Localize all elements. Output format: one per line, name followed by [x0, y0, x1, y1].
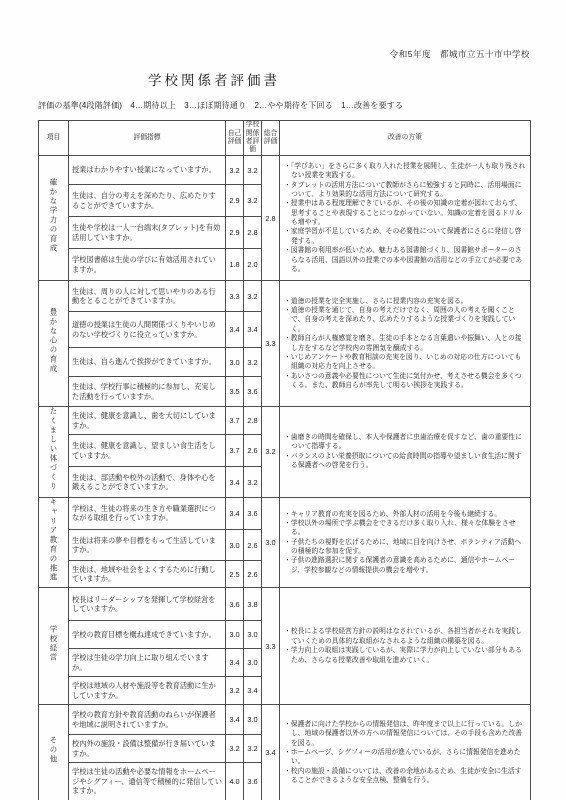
self-score: 3.2	[226, 735, 244, 763]
indicator-cell: 生徒や学校は一人一台端末(タブレット)を有効活用していますか。	[69, 217, 226, 249]
table-row: キャリア教育の推進 学校は、生徒の将来の生き方や職業選択につながる取組を行ってい…	[39, 497, 531, 529]
self-score: 3.0	[226, 621, 244, 649]
self-score: 3.7	[226, 407, 244, 435]
measure-item: ・バランスのよい栄養摂取についての給食時間の指導や望ましい食生活に関する保護者へ…	[284, 452, 527, 471]
related-score: 2.6	[244, 529, 262, 560]
measures-cell: ・道徳の授業を完全実施し、さらに授業内容の充実を図る。 ・道徳の授業を通じて、自…	[280, 281, 531, 407]
col-header-indicator: 評価指標	[69, 121, 226, 156]
indicator-cell: 学校は生徒の学力向上に取り組んでいますか。	[69, 649, 226, 677]
indicator-cell: 学校は地域の人材や施設等を教育活動に生かしていますか。	[69, 677, 226, 705]
self-score: 4.0	[226, 763, 244, 800]
table-row: 学校経営 校長はリーダーシップを発揮して学校経営をしていますか。 3.6 3.8…	[39, 588, 531, 621]
table-row: 確かな学力の育成 授業はわかりやすい授業になっていますか。 3.2 3.2 2.…	[39, 156, 531, 185]
self-score: 2.9	[226, 185, 244, 217]
related-score: 3.2	[244, 348, 262, 377]
self-score: 2.9	[226, 217, 244, 249]
related-score: 3.2	[244, 281, 262, 312]
measures-cell: ・保護者に向けた学校からの情報発信は、昨年度まで以上に行っている。しかし、地域の…	[280, 705, 531, 800]
table-row: たくましい体づくり 生徒は、健康を意識し、歯を大切にしていますか。 3.7 2.…	[39, 407, 531, 435]
section-body: たくましい体づくり 生徒は、健康を意識し、歯を大切にしていますか。 3.7 2.…	[39, 407, 531, 498]
indicator-cell: 生徒は、学校行事に積極的に参加し、充実した活動を行っていますか。	[69, 377, 226, 407]
self-score: 3.3	[226, 281, 244, 312]
indicator-cell: 生徒は、周りの人に対して思いやりのある行動をとることができていますか。	[69, 281, 226, 312]
indicator-cell: 学校は生徒の活動や必要な情報をホームページやシグフィー、通信等で積極的に発信して…	[69, 763, 226, 800]
related-score: 3.6	[244, 497, 262, 529]
measure-item: ・あいさつの意義や必要性について生徒に気付かせ、考えさせる機会を多くつくる。また…	[284, 372, 527, 391]
rating-criteria: 評価の基準(4段階評価) 4…期待以上 3…ほぼ期待通り 2…やや期待を下回る …	[38, 100, 530, 111]
related-score: 2.8	[244, 217, 262, 249]
indicator-cell: 学校の教育方針や教育活動のねらいが保護者や地域に説明されていますか。	[69, 705, 226, 735]
related-score: 3.2	[244, 185, 262, 217]
measure-item: ・校内の施設・設備については、改善の余地があるため、生徒が安全に生活することがで…	[284, 767, 527, 786]
self-score: 3.4	[226, 467, 244, 497]
self-score: 3.0	[226, 348, 244, 377]
related-score: 2.6	[244, 561, 262, 588]
col-header-related: 学校関係者評価	[244, 121, 262, 156]
measure-item: ・校長による学校経営方針の説明はなされているが、各担当者がそれを実践していくため…	[284, 627, 527, 646]
self-score: 3.6	[226, 588, 244, 621]
evaluation-table: 項目 評価指標 自己評価 学校関係者評価 総合評価 改善の方策 確かな学力の育成…	[38, 120, 531, 800]
indicator-cell: 生徒は将来の夢や目標をもって生活していますか。	[69, 529, 226, 560]
measure-item: ・図書館の利用率が低いため、魅力ある図書館づくり、図書館サポーターのさらなる活用…	[284, 246, 527, 274]
section-career: キャリア教育の推進 学校は、生徒の将来の生き方や職業選択につながる取組を行ってい…	[39, 497, 531, 588]
section-item-label: 学校経営	[39, 588, 69, 705]
related-score: 2.6	[244, 435, 262, 467]
col-header-measures: 改善の方策	[280, 121, 531, 156]
indicator-cell: 授業はわかりやすい授業になっていますか。	[69, 156, 226, 185]
indicator-cell: 校長はリーダーシップを発揮して学校経営をしていますか。	[69, 588, 226, 621]
indicator-cell: 生徒は、地域や社会をよくするために行動していますか。	[69, 561, 226, 588]
measures-cell: ・校長による学校経営方針の説明はなされているが、各担当者がそれを実践していくため…	[280, 588, 531, 705]
overall-score: 3.3	[262, 281, 280, 407]
overall-score: 3.4	[262, 705, 280, 800]
measure-item: ・教師自らが人権感覚を磨き、生徒の手本となる言葉遣いや振舞い、人との接し方をする…	[284, 334, 527, 353]
document-page: 令和5年度 都城市立五十市中学校 学校関係者評価書 評価の基準(4段階評価) 4…	[0, 0, 566, 800]
school-year-line: 令和5年度 都城市立五十市中学校	[38, 48, 530, 60]
measures-cell: ・「学びあい」をさらに多く取り入れた授業を展開し、生徒が一人も取り残されない授業…	[280, 156, 531, 281]
related-score: 3.0	[244, 621, 262, 649]
measure-item: ・学力向上の取組は実践しているが、実際に学力が向上していない部分もあるため、さら…	[284, 646, 527, 665]
measure-item: ・歯磨きの時間を確保し、本人や保護者に虫歯治療を促すなど、歯の重要性について指導…	[284, 433, 527, 452]
related-score: 3.0	[244, 705, 262, 735]
indicator-cell: 生徒は、自ら進んで挨拶ができていますか。	[69, 348, 226, 377]
measures-cell: ・キャリア教育の充実を図るため、外部人材の活用を今後も継続する。 ・学校以外の場…	[280, 497, 531, 588]
section-academic: 確かな学力の育成 授業はわかりやすい授業になっていますか。 3.2 3.2 2.…	[39, 156, 531, 281]
measure-item: ・家庭学習が不足しているため、その必要性について保護者にさらに発信し啓発する。	[284, 227, 527, 246]
section-item-label: キャリア教育の推進	[39, 497, 69, 588]
col-header-self: 自己評価	[226, 121, 244, 156]
table-header-row: 項目 評価指標 自己評価 学校関係者評価 総合評価 改善の方策	[39, 121, 531, 156]
indicator-cell: 校内外の施設・設備は整備が行き届いていますか。	[69, 735, 226, 763]
measure-item: ・タブレットの活用方法について教師がさらに勉強すると同時に、活用場面について、よ…	[284, 181, 527, 200]
measure-item: ・学校以外の場所で学ぶ機会をできるだけ多く取り入れ、様々な体験をさせる。	[284, 519, 527, 538]
col-header-item: 項目	[39, 121, 69, 156]
col-header-overall: 総合評価	[262, 121, 280, 156]
related-score: 3.0	[244, 649, 262, 677]
measure-item: ・キャリア教育の充実を図るため、外部人材の活用を今後も継続する。	[284, 510, 527, 519]
measure-item: ・いじめアンケートや教育相談の充実を図り、いじめの対応の仕方についても組織の対応…	[284, 353, 527, 372]
overall-score: 3.2	[262, 407, 280, 498]
table-row: その他 学校の教育方針や教育活動のねらいが保護者や地域に説明されていますか。 3…	[39, 705, 531, 735]
self-score: 2.5	[226, 561, 244, 588]
self-score: 3.5	[226, 377, 244, 407]
indicator-cell: 道徳の授業は生徒の人間関係づくりやいじめのない学校づくりに役立っていますか。	[69, 312, 226, 348]
self-score: 3.4	[226, 705, 244, 735]
measure-item: ・授業中はある程度理解できているが、その後の知識の定着が図れておらず、思考するこ…	[284, 199, 527, 227]
self-score: 3.4	[226, 649, 244, 677]
related-score: 3.6	[244, 377, 262, 407]
self-score: 3.4	[226, 497, 244, 529]
section-item-label: 確かな学力の育成	[39, 156, 69, 281]
overall-score: 3.0	[262, 497, 280, 588]
self-score: 1.8	[226, 249, 244, 281]
document-title: 学校関係者評価書	[148, 69, 530, 89]
indicator-cell: 生徒は、部活動や校外の活動で、身体や心を鍛えることができていますか。	[69, 467, 226, 497]
related-score: 3.4	[244, 677, 262, 705]
related-score: 3.8	[244, 588, 262, 621]
table-row: 豊かな心の育成 生徒は、周りの人に対して思いやりのある行動をとることができていま…	[39, 281, 531, 312]
related-score: 3.2	[244, 735, 262, 763]
measures-cell: ・歯磨きの時間を確保し、本人や保護者に虫歯治療を促すなど、歯の重要性について指導…	[280, 407, 531, 498]
measure-item: ・保護者に向けた学校からの情報発信は、昨年度まで以上に行っている。しかし、地域の…	[284, 720, 527, 748]
related-score: 3.2	[244, 467, 262, 497]
section-item-label: その他	[39, 705, 69, 800]
measure-item: ・道徳の授業を通じて、自身の考えだけでなく、周囲の人の考えを聞くことで、自身の考…	[284, 306, 527, 334]
section-other: その他 学校の教育方針や教育活動のねらいが保護者や地域に説明されていますか。 3…	[39, 705, 531, 800]
measure-item: ・道徳の授業を完全実施し、さらに授業内容の充実を図る。	[284, 297, 527, 306]
section-item-label: たくましい体づくり	[39, 407, 69, 498]
self-score: 3.2	[226, 156, 244, 185]
section-heart: 豊かな心の育成 生徒は、周りの人に対して思いやりのある行動をとることができていま…	[39, 281, 531, 407]
overall-score: 2.8	[262, 156, 280, 281]
overall-score: 3.3	[262, 588, 280, 705]
self-score: 3.0	[226, 529, 244, 560]
related-score: 2.8	[244, 407, 262, 435]
measure-item: ・「学びあい」をさらに多く取り入れた授業を展開し、生徒が一人も取り残されない授業…	[284, 162, 527, 181]
related-score: 3.4	[244, 312, 262, 348]
measure-item: ・子供たちの視野を広げるために、地域に目を向けさせ、ボランティア活動への積極的な…	[284, 538, 527, 557]
measure-item: ・子供の進路選択に関する保護者の意識を高めるために、通信やホームページ、学校参観…	[284, 556, 527, 575]
self-score: 3.2	[226, 677, 244, 705]
indicator-cell: 学校の教育目標を概ね達成できていますか。	[69, 621, 226, 649]
indicator-cell: 生徒は、自分の考えを深めたり、広めたりすることができていますか。	[69, 185, 226, 217]
related-score: 2.0	[244, 249, 262, 281]
indicator-cell: 学校図書館は生徒の学びに有効活用されていますか。	[69, 249, 226, 281]
self-score: 3.7	[226, 435, 244, 467]
section-management: 学校経営 校長はリーダーシップを発揮して学校経営をしていますか。 3.6 3.8…	[39, 588, 531, 705]
indicator-cell: 学校は、生徒の将来の生き方や職業選択につながる取組を行っていますか。	[69, 497, 226, 529]
self-score: 3.4	[226, 312, 244, 348]
related-score: 3.6	[244, 763, 262, 800]
section-item-label: 豊かな心の育成	[39, 281, 69, 407]
indicator-cell: 生徒は、健康を意識し、望ましい食生活をしていますか。	[69, 435, 226, 467]
indicator-cell: 生徒は、健康を意識し、歯を大切にしていますか。	[69, 407, 226, 435]
related-score: 3.2	[244, 156, 262, 185]
measure-item: ・ホームページ、シグフィーの活用が進んでいるが、さらに情報発信を進めたい。	[284, 748, 527, 767]
